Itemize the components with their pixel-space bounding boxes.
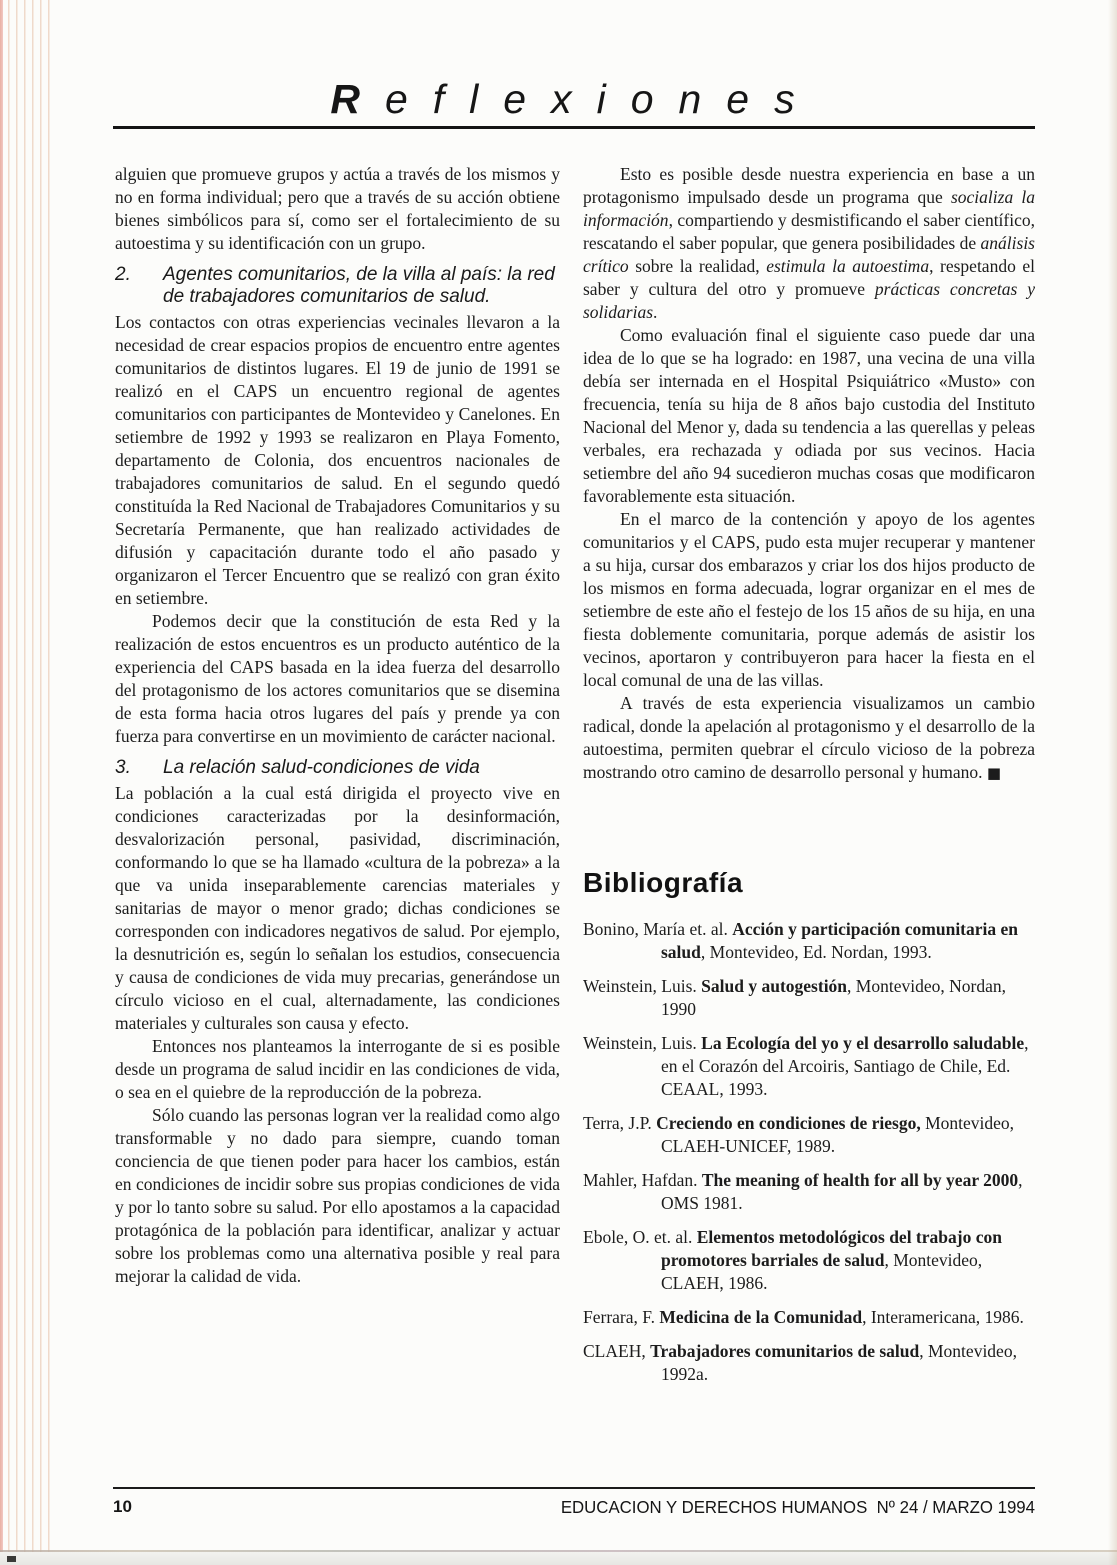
text-run: Weinstein, Luis. <box>583 976 701 996</box>
text-run: , Interamericana, 1986. <box>862 1307 1024 1327</box>
paragraph: alguien que promueve grupos y actúa a tr… <box>115 163 560 255</box>
scan-bottom-edge-area <box>0 1552 1117 1565</box>
page-title: Reflexiones <box>115 76 1035 123</box>
paragraph: Esto es posible desde nuestra experienci… <box>583 163 1035 324</box>
footer-page-number: 10 <box>113 1497 132 1517</box>
text-run: Creciendo en condiciones de riesgo, <box>656 1113 921 1133</box>
text-run: Entonces nos planteamos la interrogante … <box>115 1036 560 1102</box>
scan-left-edge-stripes <box>0 0 56 1565</box>
text-run: . <box>653 302 657 322</box>
text-run: sobre la realidad, <box>629 256 767 276</box>
bibliography-entry: CLAEH, Trabajadores comunitarios de salu… <box>583 1340 1035 1386</box>
paragraph: Como evaluación final el siguiente caso … <box>583 324 1035 508</box>
left-column: alguien que promueve grupos y actúa a tr… <box>115 163 560 1397</box>
text-run: Mahler, Hafdan. <box>583 1170 702 1190</box>
bibliography-entry: Bonino, María et. al. Acción y participa… <box>583 918 1035 964</box>
paragraph: Entonces nos planteamos la interrogante … <box>115 1035 560 1104</box>
text-run: La Ecología del yo y el desarrollo salud… <box>701 1033 1024 1053</box>
text-run: alguien que promueve grupos y actúa a tr… <box>115 164 560 253</box>
article-body: alguien que promueve grupos y actúa a tr… <box>115 163 1035 1397</box>
text-run: En el marco de la contención y apoyo de … <box>583 509 1035 690</box>
text-run: Podemos decir que la constitución de est… <box>115 611 560 746</box>
bibliography-entry: Mahler, Hafdan. The meaning of health fo… <box>583 1169 1035 1215</box>
section-heading: 3.La relación salud-condiciones de vida <box>115 757 560 779</box>
paragraph: La población a la cual está dirigida el … <box>115 782 560 1035</box>
footer-journal-line: EDUCACION Y DERECHOS HUMANOS Nº 24 / MAR… <box>152 1497 1035 1518</box>
section-title: La relación salud-condiciones de vida <box>163 757 560 779</box>
text-run: ■ <box>987 764 1001 782</box>
text-run: Terra, J.P. <box>583 1113 656 1133</box>
text-run: Medicina de la Comunidad <box>659 1307 862 1327</box>
bibliography-entry: Ebole, O. et. al. Elementos metodológico… <box>583 1226 1035 1295</box>
paragraph: Los contactos con otras experiencias vec… <box>115 311 560 610</box>
text-run: Los contactos con otras experiencias vec… <box>115 312 560 608</box>
bibliography-entry: Weinstein, Luis. Salud y autogestión, Mo… <box>583 975 1035 1021</box>
scan-corner-mark <box>7 1556 16 1562</box>
bibliography-entry: Ferrara, F. Medicina de la Comunidad, In… <box>583 1306 1035 1329</box>
text-run: Como evaluación final el siguiente caso … <box>583 325 1035 506</box>
text-run: Weinstein, Luis. <box>583 1033 701 1053</box>
section-number: 3. <box>115 757 163 779</box>
page-title-rest: eflexiones <box>385 76 820 122</box>
section-title: Agentes comunitarios, de la villa al paí… <box>163 264 560 308</box>
text-run: CLAEH, <box>583 1341 650 1361</box>
bibliography-entries: Bonino, María et. al. Acción y participa… <box>583 918 1035 1386</box>
scanned-journal-page: Reflexiones alguien que promueve grupos … <box>0 0 1117 1565</box>
text-run: Ebole, O. et. al. <box>583 1227 697 1247</box>
page-title-initial: R <box>330 76 385 122</box>
section-number: 2. <box>115 264 163 308</box>
bibliography-section: Bibliografía Bonino, María et. al. Acció… <box>583 871 1035 1386</box>
scan-left-edge-line <box>0 0 3 1565</box>
text-run: The meaning of health for all by year 20… <box>702 1170 1018 1190</box>
right-column-text: Esto es posible desde nuestra experienci… <box>583 163 1035 785</box>
footer-rule <box>113 1487 1035 1489</box>
paragraph: En el marco de la contención y apoyo de … <box>583 508 1035 692</box>
text-run: La población a la cual está dirigida el … <box>115 783 560 1033</box>
text-run: , Montevideo, Ed. Nordan, 1993. <box>701 942 932 962</box>
scan-right-edge-tint <box>1108 0 1117 1565</box>
text-run: A través de esta experiencia visualizamo… <box>583 693 1035 782</box>
bibliography-entry: Weinstein, Luis. La Ecología del yo y el… <box>583 1032 1035 1101</box>
text-run: Trabajadores comunitarios de salud <box>650 1341 919 1361</box>
section-heading: 2.Agentes comunitarios, de la villa al p… <box>115 264 560 308</box>
bibliography-heading: Bibliografía <box>583 871 1035 894</box>
text-run: Bonino, María et. al. <box>583 919 732 939</box>
paragraph: Podemos decir que la constitución de est… <box>115 610 560 748</box>
paragraph: A través de esta experiencia visualizamo… <box>583 692 1035 785</box>
right-column: Esto es posible desde nuestra experienci… <box>583 163 1035 1397</box>
text-run: Sólo cuando las personas logran ver la r… <box>115 1105 560 1286</box>
text-run: estimula la autoestima <box>766 256 929 276</box>
paragraph: Sólo cuando las personas logran ver la r… <box>115 1104 560 1288</box>
text-run: Ferrara, F. <box>583 1307 659 1327</box>
text-run: Salud y autogestión <box>701 976 847 996</box>
bibliography-entry: Terra, J.P. Creciendo en condiciones de … <box>583 1112 1035 1158</box>
header-rule <box>113 126 1035 129</box>
